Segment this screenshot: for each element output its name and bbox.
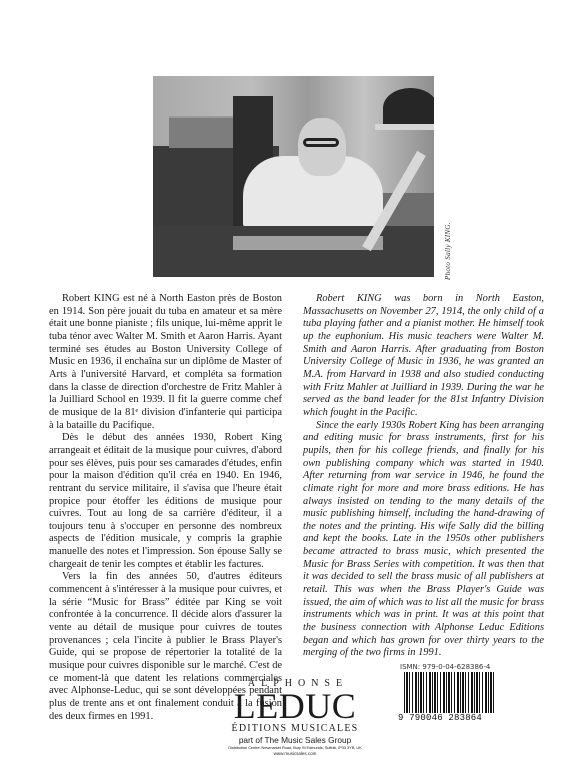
logo-editions: ÉDITIONS MUSICALES <box>200 723 390 735</box>
barcode-number: 9 790046 283864 <box>398 713 498 723</box>
publisher-website: www.musicsales.com <box>200 751 390 757</box>
english-column: Robert KING was born in North Easton, Ma… <box>303 293 544 660</box>
photo-glasses <box>303 138 339 147</box>
french-column: Robert KING est né à North Easton près d… <box>49 293 282 723</box>
french-paragraph: Dès le début des années 1930, Robert Kin… <box>49 432 282 571</box>
french-paragraph: Robert KING est né à North Easton près d… <box>49 293 282 432</box>
barcode-icon <box>404 672 496 714</box>
photo-lamp-rim <box>375 124 434 130</box>
logo-leduc: LEDUC <box>200 690 390 722</box>
english-paragraph: Robert KING was born in North Easton, Ma… <box>303 293 544 420</box>
ismn-label: ISMN: 979-0-04-628386-4 <box>400 663 500 671</box>
publisher-logo: ALPHONSE LEDUC ÉDITIONS MUSICALES part o… <box>200 678 390 757</box>
english-paragraph: Since the early 1930s Robert King has be… <box>303 420 544 660</box>
photo-man-head <box>298 118 346 176</box>
publisher-group: part of The Music Sales Group <box>200 735 390 745</box>
photo-desk <box>153 226 434 277</box>
photo-caption: Photo Sally KING. <box>444 190 458 280</box>
portrait-photo <box>153 76 434 277</box>
photo-papers <box>233 236 383 250</box>
photo-lamp-icon <box>383 88 434 128</box>
